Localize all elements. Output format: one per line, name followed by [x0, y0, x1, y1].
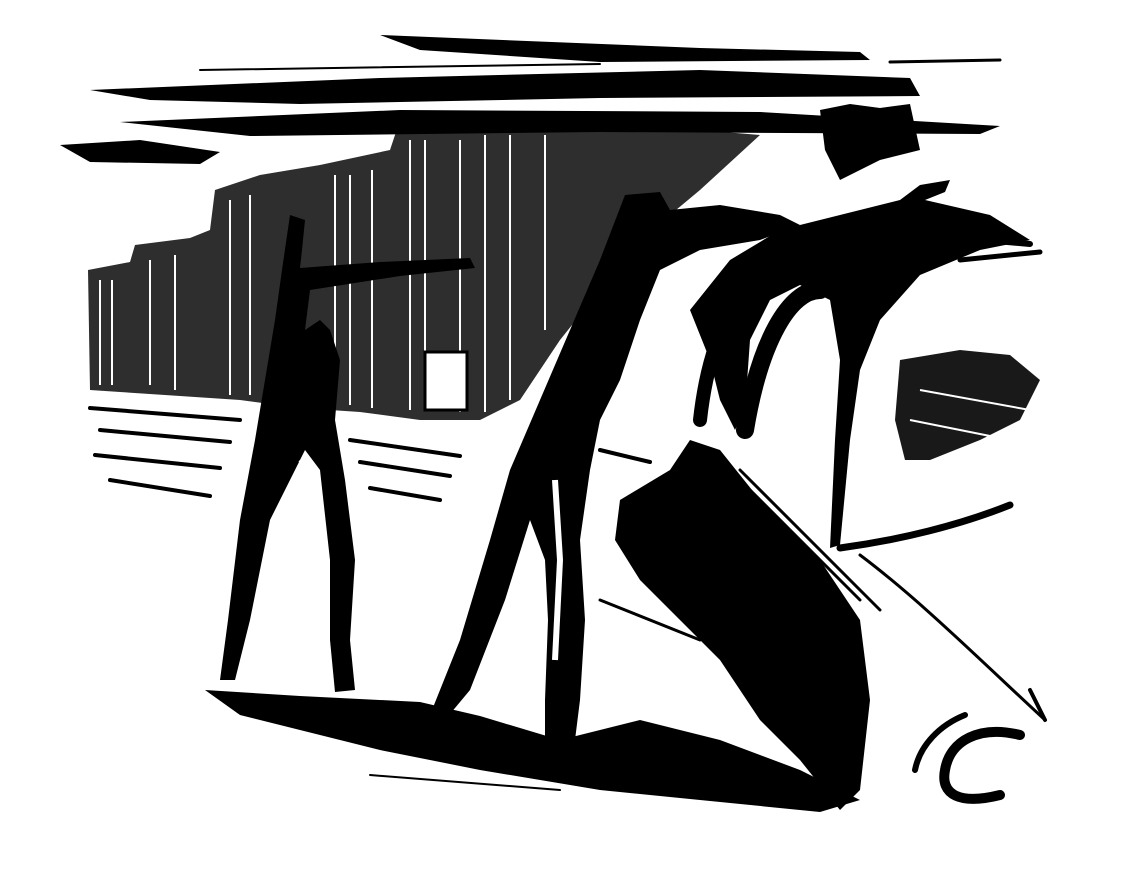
- hook-shape: [915, 690, 1045, 799]
- smudge-right: [895, 350, 1040, 460]
- ink-drawing: [0, 0, 1131, 874]
